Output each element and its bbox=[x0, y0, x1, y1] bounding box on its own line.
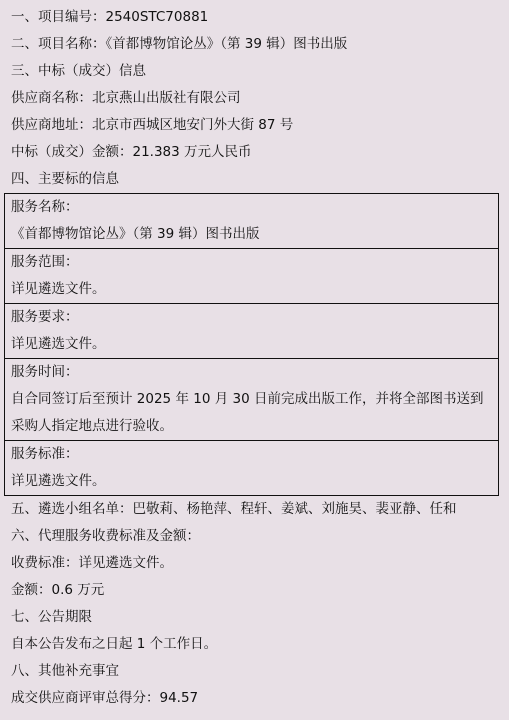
section-other-matters-heading: 八、其他补充事宜 bbox=[0, 658, 509, 685]
project-name: 二、项目名称：《首都博物馆论丛》（第 39 辑）图书出版 bbox=[0, 31, 509, 58]
section-award-info-heading: 三、中标（成交）信息 bbox=[0, 58, 509, 85]
service-requirement-cell: 服务要求： 详见遴选文件。 bbox=[5, 304, 498, 359]
service-time-cell: 服务时间： 自合同签订后至预计 2025 年 10 月 30 日前完成出版工作，… bbox=[5, 359, 498, 441]
service-scope-value: 详见遴选文件。 bbox=[11, 276, 494, 303]
award-amount: 中标（成交）金额：21.383 万元人民币 bbox=[0, 139, 509, 166]
fee-standard: 收费标准：详见遴选文件。 bbox=[0, 550, 509, 577]
announcement-document: 一、项目编号：2540STC70881 二、项目名称：《首都博物馆论丛》（第 3… bbox=[0, 0, 509, 712]
selection-panel-list: 五、遴选小组名单：巴敬莉、杨艳萍、程轩、姜斌、刘施昊、裴亚静、任和 bbox=[0, 496, 509, 523]
section-agency-fee-heading: 六、代理服务收费标准及金额： bbox=[0, 523, 509, 550]
service-name-value: 《首都博物馆论丛》（第 39 辑）图书出版 bbox=[11, 221, 494, 248]
service-scope-label: 服务范围： bbox=[11, 249, 494, 276]
section-notice-period-heading: 七、公告期限 bbox=[0, 604, 509, 631]
service-requirement-label: 服务要求： bbox=[11, 304, 494, 331]
supplier-total-score: 成交供应商评审总得分：94.57 bbox=[0, 685, 509, 712]
service-name-label: 服务名称： bbox=[11, 194, 494, 221]
service-time-value: 自合同签订后至预计 2025 年 10 月 30 日前完成出版工作，并将全部图书… bbox=[11, 386, 494, 440]
service-requirement-value: 详见遴选文件。 bbox=[11, 331, 494, 358]
supplier-name: 供应商名称：北京燕山出版社有限公司 bbox=[0, 85, 509, 112]
main-subject-table: 服务名称： 《首都博物馆论丛》（第 39 辑）图书出版 服务范围： 详见遴选文件… bbox=[4, 193, 499, 496]
notice-period-text: 自本公告发布之日起 1 个工作日。 bbox=[0, 631, 509, 658]
service-name-cell: 服务名称： 《首都博物馆论丛》（第 39 辑）图书出版 bbox=[5, 194, 498, 249]
service-scope-cell: 服务范围： 详见遴选文件。 bbox=[5, 249, 498, 304]
section-main-subject-heading: 四、主要标的信息 bbox=[0, 166, 509, 193]
supplier-address: 供应商地址：北京市西城区地安门外大街 87 号 bbox=[0, 112, 509, 139]
service-standard-cell: 服务标准： 详见遴选文件。 bbox=[5, 441, 498, 495]
fee-amount: 金额：0.6 万元 bbox=[0, 577, 509, 604]
service-standard-label: 服务标准： bbox=[11, 441, 494, 468]
service-time-label: 服务时间： bbox=[11, 359, 494, 386]
project-number: 一、项目编号：2540STC70881 bbox=[0, 4, 509, 31]
service-standard-value: 详见遴选文件。 bbox=[11, 468, 494, 495]
